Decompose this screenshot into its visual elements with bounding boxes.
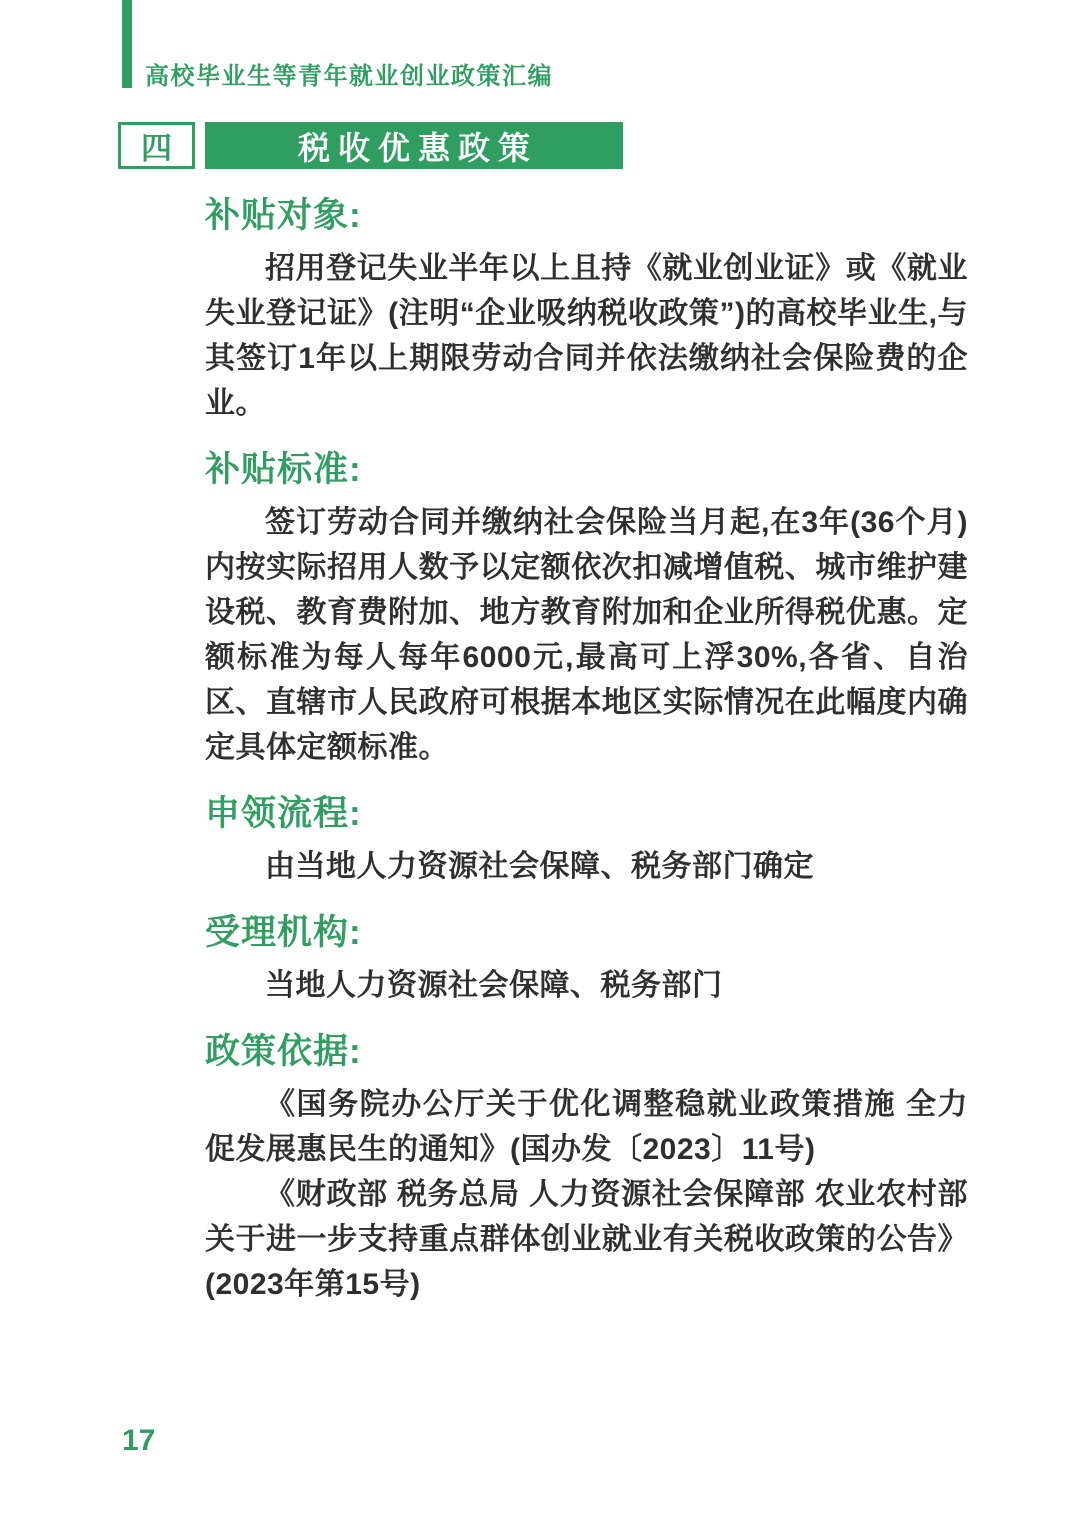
header-accent-bar bbox=[122, 0, 132, 88]
section-application-process: 申领流程: 由当地人力资源社会保障、税务部门确定 bbox=[205, 794, 968, 889]
section-accepting-agency: 受理机构: 当地人力资源社会保障、税务部门 bbox=[205, 913, 968, 1008]
section-paragraph: 招用登记失业半年以上且持《就业创业证》或《就业失业登记证》(注明“企业吸纳税收政… bbox=[205, 246, 968, 426]
document-page: 高校毕业生等青年就业创业政策汇编 四 税收优惠政策 补贴对象: 招用登记失业半年… bbox=[0, 0, 1080, 1533]
section-paragraph: 当地人力资源社会保障、税务部门 bbox=[205, 963, 968, 1008]
section-heading: 受理机构: bbox=[205, 913, 968, 953]
section-paragraph: 签订劳动合同并缴纳社会保险当月起,在3年(36个月)内按实际招用人数予以定额依次… bbox=[205, 500, 968, 770]
section-banner-row: 四 税收优惠政策 bbox=[118, 122, 623, 169]
section-policy-basis: 政策依据: 《国务院办公厅关于优化调整稳就业政策措施 全力促发展惠民生的通知》(… bbox=[205, 1032, 968, 1307]
section-heading: 补贴对象: bbox=[205, 196, 968, 236]
section-title-banner: 税收优惠政策 bbox=[205, 122, 623, 169]
section-heading: 补贴标准: bbox=[205, 450, 968, 490]
content-area: 补贴对象: 招用登记失业半年以上且持《就业创业证》或《就业失业登记证》(注明“企… bbox=[205, 196, 968, 1307]
page-number: 17 bbox=[122, 1424, 155, 1458]
section-paragraph: 《国务院办公厅关于优化调整稳就业政策措施 全力促发展惠民生的通知》(国办发〔20… bbox=[205, 1082, 968, 1172]
section-heading: 政策依据: bbox=[205, 1032, 968, 1072]
section-paragraph: 由当地人力资源社会保障、税务部门确定 bbox=[205, 844, 968, 889]
section-subsidy-standard: 补贴标准: 签订劳动合同并缴纳社会保险当月起,在3年(36个月)内按实际招用人数… bbox=[205, 450, 968, 770]
section-subsidy-target: 补贴对象: 招用登记失业半年以上且持《就业创业证》或《就业失业登记证》(注明“企… bbox=[205, 196, 968, 426]
section-heading: 申领流程: bbox=[205, 794, 968, 834]
section-number-box: 四 bbox=[118, 122, 195, 169]
banner-gap bbox=[195, 122, 205, 169]
section-paragraph: 《财政部 税务总局 人力资源社会保障部 农业农村部关于进一步支持重点群体创业就业… bbox=[205, 1172, 968, 1307]
doc-title: 高校毕业生等青年就业创业政策汇编 bbox=[145, 56, 553, 91]
